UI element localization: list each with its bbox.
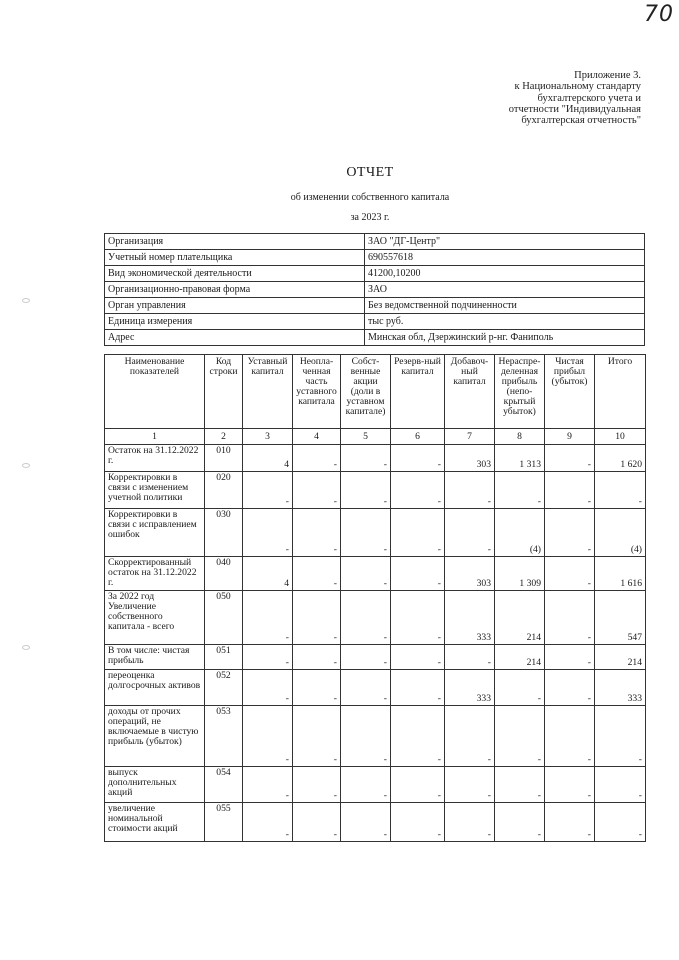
cell-value: 303 <box>445 557 495 591</box>
column-header: Добавоч-ный капитал <box>445 355 495 429</box>
cell-value: - <box>391 645 445 670</box>
column-number: 5 <box>341 429 391 445</box>
cell-value: - <box>545 591 595 645</box>
info-row: ОрганизацияЗАО "ДГ-Центр" <box>105 234 645 250</box>
column-number: 6 <box>391 429 445 445</box>
row-code: 052 <box>205 670 243 706</box>
cell-value: - <box>545 670 595 706</box>
cell-value: - <box>243 767 293 803</box>
cell-value: 1 313 <box>495 445 545 472</box>
cell-value: - <box>595 472 646 509</box>
column-number: 2 <box>205 429 243 445</box>
row-name: В том числе: чистая прибыль <box>105 645 205 670</box>
appendix-line: отчетности "Индивидуальная <box>441 104 641 115</box>
cell-value: - <box>293 803 341 842</box>
cell-value: - <box>341 645 391 670</box>
info-label: Организация <box>105 234 365 250</box>
cell-value: - <box>341 557 391 591</box>
row-code: 040 <box>205 557 243 591</box>
cell-value: - <box>243 591 293 645</box>
cell-value: - <box>495 472 545 509</box>
info-label: Адрес <box>105 330 365 346</box>
cell-value: 214 <box>495 645 545 670</box>
cell-value: - <box>595 706 646 767</box>
cell-value: - <box>445 645 495 670</box>
cell-value: 547 <box>595 591 646 645</box>
cell-value: 1 309 <box>495 557 545 591</box>
cell-value: - <box>293 670 341 706</box>
info-label: Вид экономической деятельности <box>105 266 365 282</box>
cell-value: - <box>293 509 341 557</box>
info-row: Орган управленияБез ведомственной подчин… <box>105 298 645 314</box>
row-name: доходы от прочих операций, не включаемые… <box>105 706 205 767</box>
table-row: увеличение номинальной стоимости акций05… <box>105 803 646 842</box>
cell-value: - <box>391 445 445 472</box>
cell-value: - <box>445 706 495 767</box>
table-row: В том числе: чистая прибыль051-----214-2… <box>105 645 646 670</box>
cell-value: - <box>341 706 391 767</box>
column-number: 10 <box>595 429 646 445</box>
cell-value: - <box>243 706 293 767</box>
cell-value: - <box>243 670 293 706</box>
row-code: 053 <box>205 706 243 767</box>
cell-value: 4 <box>243 557 293 591</box>
cell-value: - <box>341 767 391 803</box>
column-number-row: 12345678910 <box>105 429 646 445</box>
cell-value: - <box>391 472 445 509</box>
cell-value: - <box>495 767 545 803</box>
cell-value: - <box>293 645 341 670</box>
cell-value: 333 <box>595 670 646 706</box>
appendix-line: бухгалтерского учета и <box>441 93 641 104</box>
cell-value: - <box>293 767 341 803</box>
row-code: 010 <box>205 445 243 472</box>
table-row: Корректировки в связи с исправлением оши… <box>105 509 646 557</box>
info-value: Без ведомственной подчиненности <box>365 298 645 314</box>
table-row: Скорректированный остаток на 31.12.2022 … <box>105 557 646 591</box>
row-code: 030 <box>205 509 243 557</box>
column-number: 4 <box>293 429 341 445</box>
column-header: Чистая прибыл (убыток) <box>545 355 595 429</box>
column-number: 9 <box>545 429 595 445</box>
info-value: 690557618 <box>365 250 645 266</box>
cell-value: - <box>293 557 341 591</box>
info-row: АдресМинская обл, Дзержинский р-нг. Фани… <box>105 330 645 346</box>
cell-value: - <box>595 803 646 842</box>
column-header: Код строки <box>205 355 243 429</box>
cell-value: (4) <box>595 509 646 557</box>
cell-value: 214 <box>495 591 545 645</box>
row-name: Корректировки в связи с изменением учетн… <box>105 472 205 509</box>
cell-value: - <box>341 472 391 509</box>
cell-value: - <box>495 803 545 842</box>
row-name: увеличение номинальной стоимости акций <box>105 803 205 842</box>
column-header: Неопла-ченная часть уставного капитала <box>293 355 341 429</box>
row-name: переоценка долгосрочных активов <box>105 670 205 706</box>
row-code: 020 <box>205 472 243 509</box>
row-name: Скорректированный остаток на 31.12.2022 … <box>105 557 205 591</box>
cell-value: 1 616 <box>595 557 646 591</box>
cell-value: - <box>391 557 445 591</box>
cell-value: - <box>391 767 445 803</box>
row-code: 051 <box>205 645 243 670</box>
scan-punch-mark <box>22 463 30 468</box>
cell-value: 4 <box>243 445 293 472</box>
cell-value: - <box>341 803 391 842</box>
table-row: Корректировки в связи с изменением учетн… <box>105 472 646 509</box>
cell-value: - <box>545 767 595 803</box>
organization-info-table: ОрганизацияЗАО "ДГ-Центр"Учетный номер п… <box>104 233 645 346</box>
column-header: Итого <box>595 355 646 429</box>
cell-value: - <box>341 670 391 706</box>
column-header: Нераспре-деленная прибыль (непо-крытый у… <box>495 355 545 429</box>
cell-value: - <box>545 557 595 591</box>
cell-value: - <box>341 509 391 557</box>
info-value: Минская обл, Дзержинский р-нг. Фаниполь <box>365 330 645 346</box>
appendix-line: Приложение 3. <box>441 70 641 81</box>
table-header-row: Наименование показателейКод строкиУставн… <box>105 355 646 429</box>
row-name: За 2022 год Увеличение собственного капи… <box>105 591 205 645</box>
cell-value: - <box>243 645 293 670</box>
cell-value: 333 <box>445 670 495 706</box>
table-row: доходы от прочих операций, не включаемые… <box>105 706 646 767</box>
cell-value: - <box>341 445 391 472</box>
info-label: Организационно-правовая форма <box>105 282 365 298</box>
info-label: Учетный номер плательщика <box>105 250 365 266</box>
info-value: ЗАО <box>365 282 645 298</box>
cell-value: - <box>595 767 646 803</box>
equity-changes-table: Наименование показателейКод строкиУставн… <box>104 354 646 842</box>
cell-value: - <box>243 509 293 557</box>
cell-value: - <box>391 670 445 706</box>
cell-value: 214 <box>595 645 646 670</box>
cell-value: - <box>391 509 445 557</box>
table-row: выпуск дополнительных акций054-------- <box>105 767 646 803</box>
table-row: Остаток на 31.12.2022 г.0104---3031 313-… <box>105 445 646 472</box>
row-name: выпуск дополнительных акций <box>105 767 205 803</box>
column-number: 8 <box>495 429 545 445</box>
column-number: 1 <box>105 429 205 445</box>
info-label: Единица измерения <box>105 314 365 330</box>
report-period: за 2023 г. <box>0 212 679 223</box>
row-code: 054 <box>205 767 243 803</box>
column-header: Уставный капитал <box>243 355 293 429</box>
row-name: Остаток на 31.12.2022 г. <box>105 445 205 472</box>
info-value: тыс руб. <box>365 314 645 330</box>
cell-value: - <box>243 803 293 842</box>
row-code: 055 <box>205 803 243 842</box>
cell-value: - <box>445 472 495 509</box>
row-code: 050 <box>205 591 243 645</box>
cell-value: 303 <box>445 445 495 472</box>
cell-value: - <box>293 472 341 509</box>
cell-value: - <box>445 803 495 842</box>
table-row: За 2022 год Увеличение собственного капи… <box>105 591 646 645</box>
report-subtitle: об изменении собственного капитала <box>0 192 679 203</box>
info-row: Организационно-правовая формаЗАО <box>105 282 645 298</box>
cell-value: - <box>545 645 595 670</box>
cell-value: - <box>391 591 445 645</box>
report-title: ОТЧЕТ <box>0 165 679 181</box>
table-row: переоценка долгосрочных активов052----33… <box>105 670 646 706</box>
appendix-line: бухгалтерская отчетность" <box>441 115 641 126</box>
cell-value: - <box>293 706 341 767</box>
column-number: 7 <box>445 429 495 445</box>
scan-punch-mark <box>22 298 30 303</box>
info-label: Орган управления <box>105 298 365 314</box>
info-value: ЗАО "ДГ-Центр" <box>365 234 645 250</box>
cell-value: - <box>293 445 341 472</box>
info-value: 41200,10200 <box>365 266 645 282</box>
cell-value: - <box>445 509 495 557</box>
cell-value: 1 620 <box>595 445 646 472</box>
cell-value: - <box>293 591 341 645</box>
appendix-note: Приложение 3. к Национальному стандарту … <box>441 70 641 126</box>
cell-value: - <box>545 472 595 509</box>
handwritten-page-number: 70 <box>644 2 674 27</box>
info-row: Учетный номер плательщика690557618 <box>105 250 645 266</box>
row-name: Корректировки в связи с исправлением оши… <box>105 509 205 557</box>
cell-value: - <box>391 706 445 767</box>
info-row: Единица измерениятыс руб. <box>105 314 645 330</box>
cell-value: - <box>545 509 595 557</box>
cell-value: - <box>391 803 445 842</box>
cell-value: - <box>495 670 545 706</box>
info-row: Вид экономической деятельности41200,1020… <box>105 266 645 282</box>
column-header: Резерв-ный капитал <box>391 355 445 429</box>
cell-value: - <box>445 767 495 803</box>
column-number: 3 <box>243 429 293 445</box>
cell-value: - <box>545 803 595 842</box>
column-header: Наименование показателей <box>105 355 205 429</box>
cell-value: - <box>545 706 595 767</box>
cell-value: - <box>243 472 293 509</box>
cell-value: - <box>495 706 545 767</box>
column-header: Собст-венные акции (доли в уставном капи… <box>341 355 391 429</box>
scan-punch-mark <box>22 645 30 650</box>
appendix-line: к Национальному стандарту <box>441 81 641 92</box>
cell-value: - <box>545 445 595 472</box>
cell-value: - <box>341 591 391 645</box>
cell-value: (4) <box>495 509 545 557</box>
cell-value: 333 <box>445 591 495 645</box>
